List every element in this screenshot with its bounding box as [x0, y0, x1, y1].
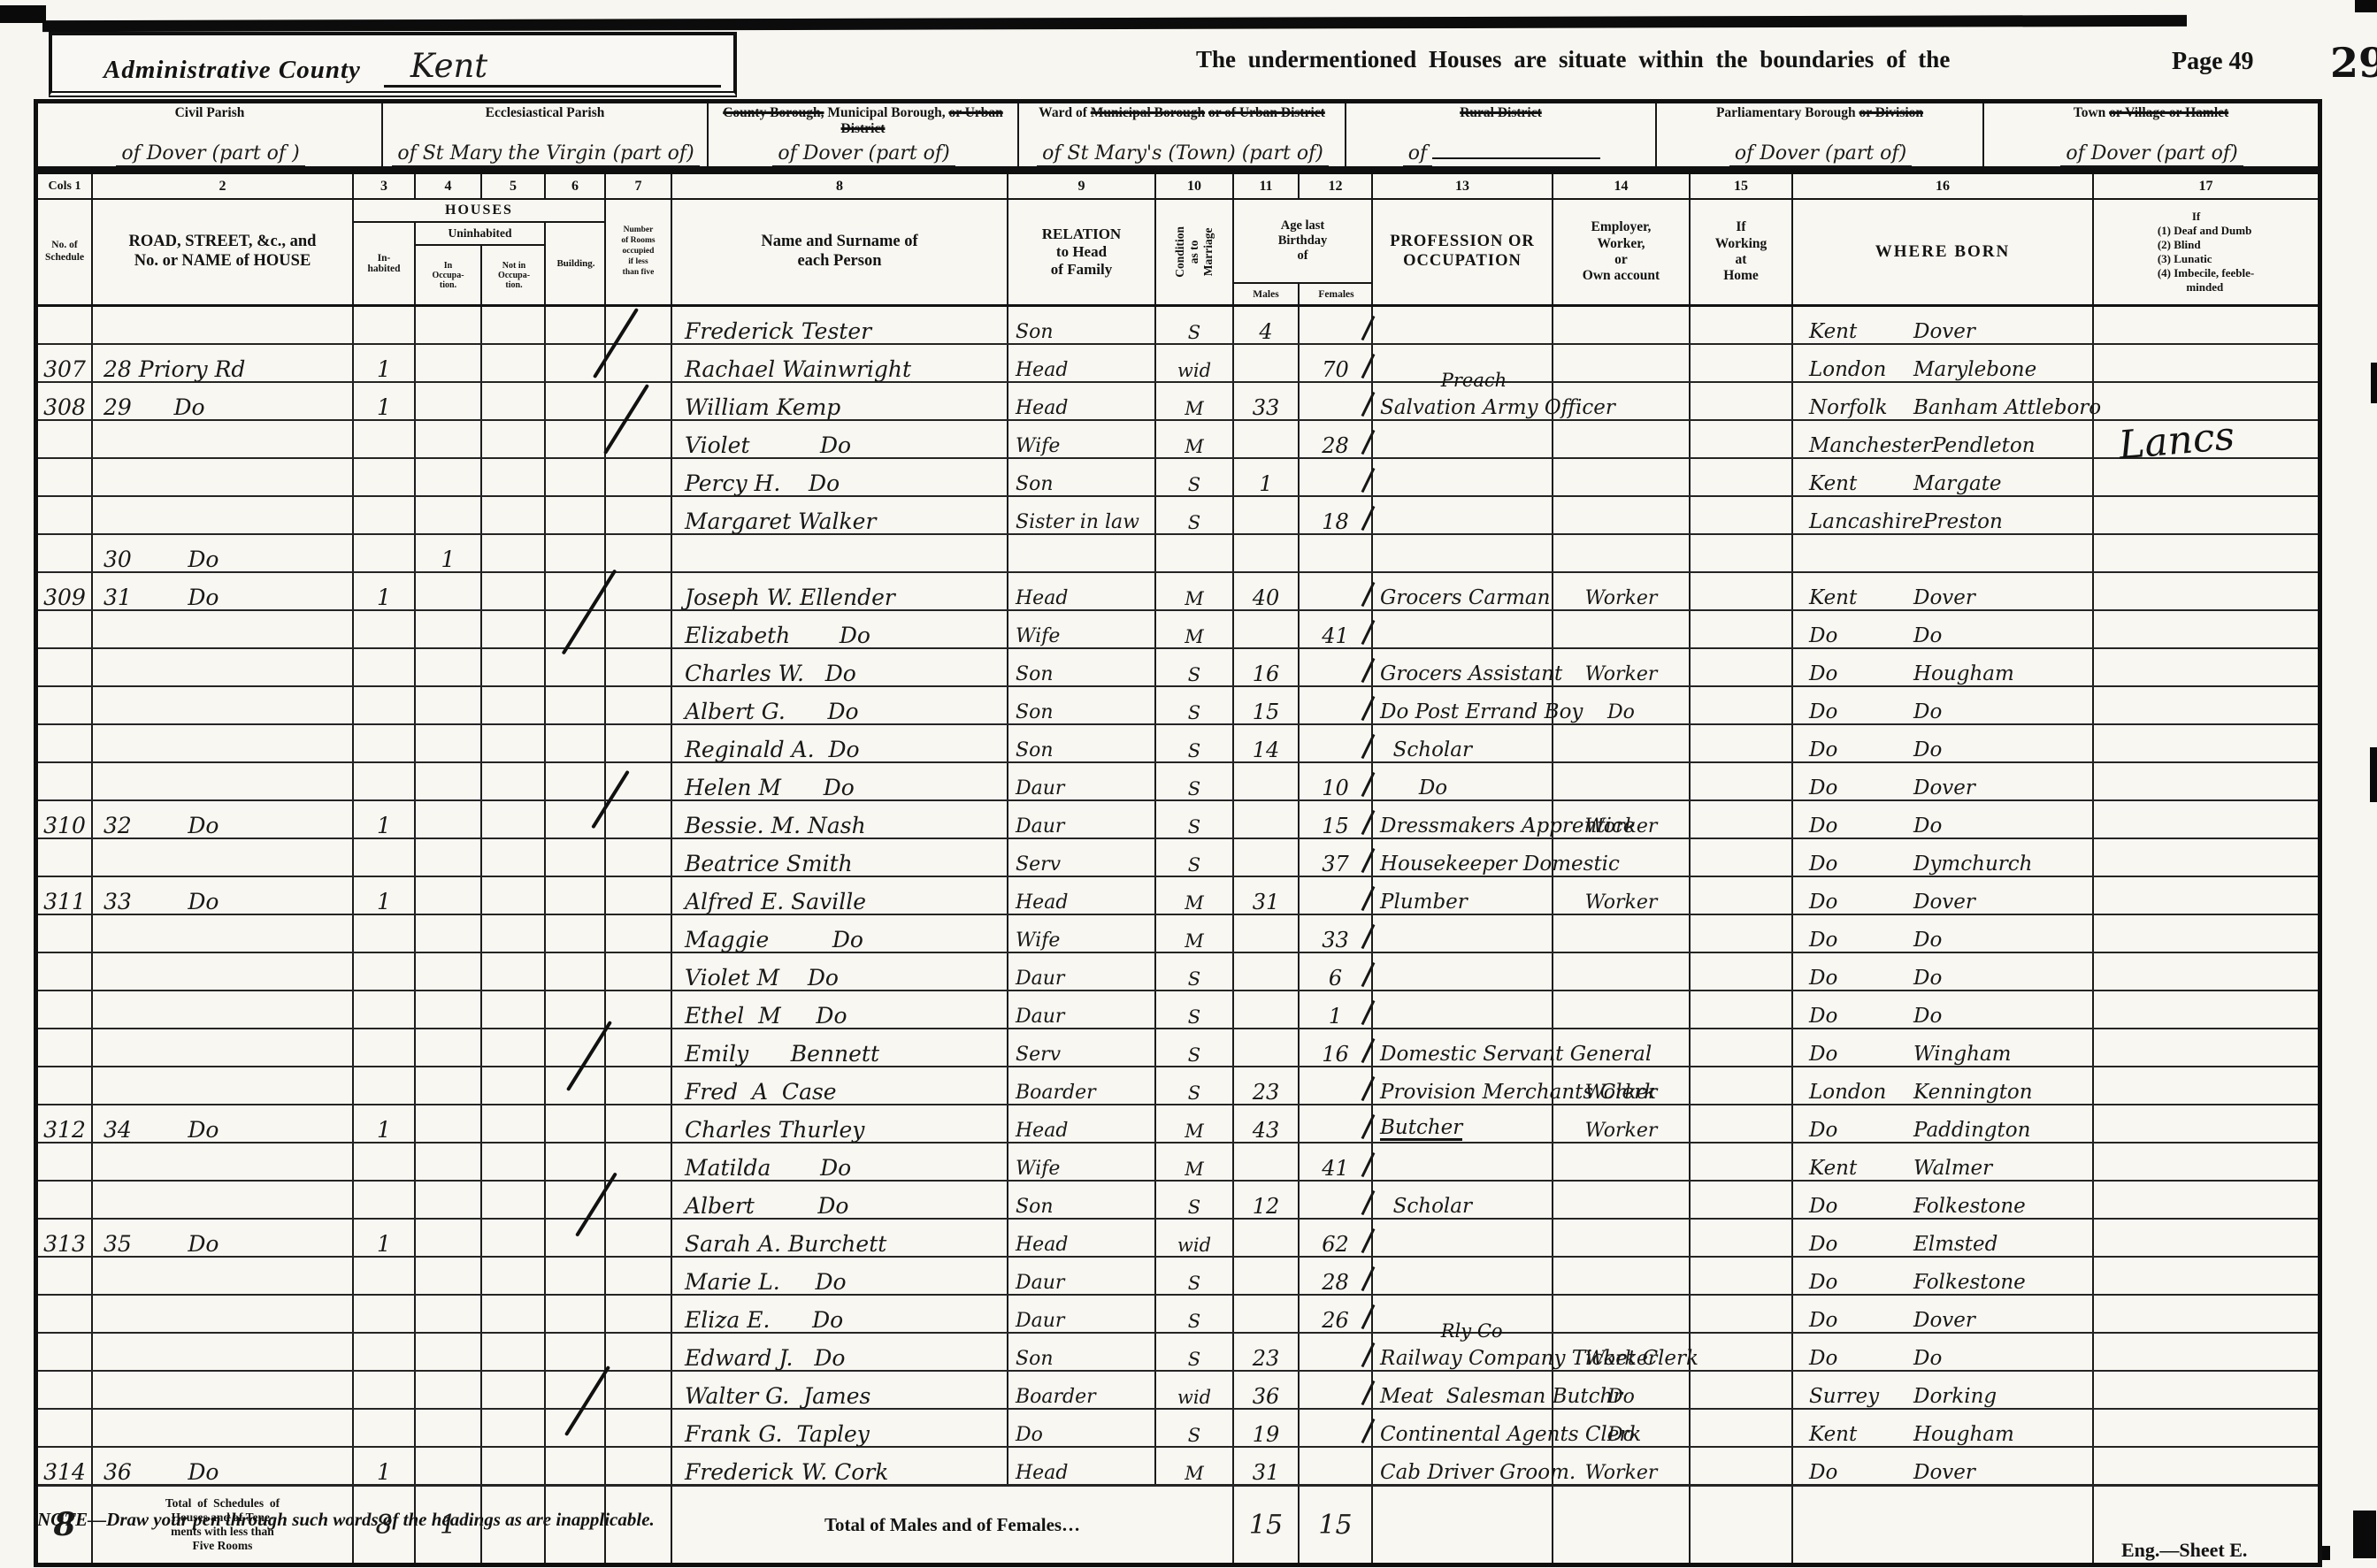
condition-cell: M: [1156, 877, 1234, 914]
relation-cell: Wife: [1008, 611, 1156, 647]
working-at-home-cell: [1691, 915, 1793, 952]
person-name-cell: William Kemp: [672, 383, 1008, 419]
relation-cell: Wife: [1008, 421, 1156, 457]
table-row: 309 31 Do 1 Joseph W. Ellender Head M 40…: [38, 573, 2318, 611]
not-in-occupation-cell: [482, 839, 546, 876]
column-header-row: No. of Schedule ROAD, STREET, &c., and N…: [38, 200, 2318, 307]
condition-value: M: [1185, 1465, 1204, 1483]
condition-cell: S: [1156, 763, 1234, 799]
relation-cell: Son: [1008, 687, 1156, 723]
occupation-value: Do: [1380, 779, 1447, 799]
rooms-cell: [606, 535, 672, 571]
occupation-note: Preach: [1441, 370, 1507, 391]
person-name-cell: Elizabeth Do: [672, 611, 1008, 647]
district-value: of Dover (part of): [1988, 142, 2316, 164]
condition-cell: M: [1156, 1105, 1234, 1142]
employer-worker-value: Worker: [1585, 590, 1658, 608]
occupation-cell: Butcher: [1373, 1105, 1553, 1142]
condition-cell: S: [1156, 1029, 1234, 1066]
scan-artifact: [2371, 363, 2377, 403]
occupation-cell: [1373, 1220, 1553, 1256]
rooms-cell: [606, 1220, 672, 1256]
rooms-cell: [606, 611, 672, 647]
header-road: ROAD, STREET, &c., and No. or NAME of HO…: [93, 200, 354, 304]
born-county: Do: [1809, 1235, 1913, 1255]
relation-cell: [1008, 535, 1156, 571]
not-in-occupation-cell: [482, 573, 546, 609]
table-row: Albert Do Son S 12 Scholar DoFolkestone: [38, 1182, 2318, 1220]
rooms-cell: [606, 1029, 672, 1066]
inhabited-cell: [354, 307, 416, 343]
infirmity-cell: [2094, 1296, 2318, 1332]
condition-cell: S: [1156, 649, 1234, 685]
working-at-home-cell: [1691, 801, 1793, 838]
where-born-cell: KentHougham: [1793, 1410, 2094, 1446]
condition-cell: M: [1156, 573, 1234, 609]
occupation-cell: Provision Merchants Clerk: [1373, 1067, 1553, 1104]
age-male-cell: [1234, 497, 1300, 533]
person-name-cell: Albert Do: [672, 1182, 1008, 1218]
condition-value: S: [1188, 971, 1200, 989]
table-row: 313 35 Do 1 Sarah A. Burchett Head wid 6…: [38, 1220, 2318, 1258]
born-county: Do: [1809, 1121, 1913, 1141]
relation-value: Wife: [1016, 438, 1060, 456]
inhabited-value: 1: [377, 397, 391, 418]
age-male-cell: 4: [1234, 307, 1300, 343]
table-row: Charles W. Do Son S 16 Grocers Assistant…: [38, 649, 2318, 687]
relation-value: Son: [1016, 476, 1054, 494]
condition-cell: S: [1156, 839, 1234, 876]
schedule-number-cell: 307: [38, 345, 93, 381]
column-number: 3: [354, 174, 416, 198]
working-at-home-cell: [1691, 421, 1793, 457]
where-born-cell: DoDo: [1793, 687, 2094, 723]
schedule-number: 311: [43, 891, 86, 913]
schedule-number-cell: [38, 725, 93, 761]
where-born-cell: DoHougham: [1793, 649, 2094, 685]
condition-cell: M: [1156, 421, 1234, 457]
infirmity-cell: [2094, 801, 2318, 838]
where-born-cell: DoDymchurch: [1793, 839, 2094, 876]
relation-value: Head: [1016, 1122, 1068, 1141]
infirmity-cell: [2094, 1105, 2318, 1142]
column-number: 6: [546, 174, 606, 198]
building-cell: [546, 535, 606, 571]
road-cell: 33 Do: [93, 877, 354, 914]
employer-worker-cell: [1553, 839, 1691, 876]
building-cell: [546, 421, 606, 457]
employer-worker-cell: [1553, 763, 1691, 799]
road-cell: 30 Do: [93, 535, 354, 571]
age-female-value: 41: [1322, 1159, 1349, 1179]
infirmity-cell: [2094, 307, 2318, 343]
inhabited-cell: [354, 915, 416, 952]
header-not-in-occupation: Not in Occupa- tion.: [482, 246, 546, 304]
not-in-occupation-cell: [482, 1220, 546, 1256]
relation-value: Daur: [1016, 780, 1064, 799]
born-place: Hougham: [1913, 1423, 2014, 1446]
building-cell: [546, 725, 606, 761]
relation-cell: Son: [1008, 307, 1156, 343]
road-cell: [93, 1372, 354, 1408]
condition-value: S: [1188, 1275, 1200, 1293]
relation-cell: Do: [1008, 1410, 1156, 1446]
rooms-cell: [606, 991, 672, 1028]
employer-worker-cell: Worker: [1553, 1067, 1691, 1104]
born-place: Kennington: [1913, 1081, 2033, 1104]
age-female-cell: [1300, 1448, 1373, 1484]
table-row: Emily Bennett Serv S 16 Domestic Servant…: [38, 1029, 2318, 1067]
infirmity-cell: [2094, 915, 2318, 952]
inhabited-cell: 1: [354, 383, 416, 419]
road-value: 33 Do: [104, 891, 219, 913]
not-in-occupation-cell: [482, 725, 546, 761]
infirmity-cell: [2094, 1143, 2318, 1180]
employer-worker-cell: [1553, 611, 1691, 647]
where-born-cell: DoDover: [1793, 763, 2094, 799]
employer-worker-value: Worker: [1585, 818, 1658, 837]
totals-males-value: 15: [1249, 1510, 1283, 1541]
age-male-value: 43: [1253, 1121, 1280, 1141]
born-place: Margate: [1913, 472, 2002, 495]
column-number: 4: [416, 174, 482, 198]
header-schedule: No. of Schedule: [38, 200, 93, 304]
age-female-value: 6: [1329, 968, 1342, 989]
inhabited-cell: [354, 611, 416, 647]
relation-value: Son: [1016, 704, 1054, 723]
working-at-home-cell: [1691, 1372, 1793, 1408]
born-county: Do: [1809, 1045, 1913, 1065]
age-male-cell: 1: [1234, 459, 1300, 495]
not-in-occupation-cell: [482, 383, 546, 419]
employer-worker-cell: [1553, 953, 1691, 990]
schedule-number-cell: [38, 839, 93, 876]
age-male-cell: [1234, 611, 1300, 647]
district-value: of Dover (part of): [1660, 142, 1981, 164]
age-male-value: 19: [1253, 1425, 1280, 1445]
column-number: 5: [482, 174, 546, 198]
born-county: London: [1809, 361, 1913, 380]
road-value: 29 Do: [104, 397, 205, 418]
condition-cell: [1156, 535, 1234, 571]
road-cell: [93, 915, 354, 952]
occupation-value: Grocers Assistant: [1380, 665, 1562, 685]
schedule-number-cell: 313: [38, 1220, 93, 1256]
infirmity-cell: [2094, 1067, 2318, 1104]
table-row: Albert G. Do Son S 15 Do Post Errand Boy…: [38, 687, 2318, 725]
where-born-cell: DoFolkestone: [1793, 1258, 2094, 1294]
inhabited-cell: [354, 725, 416, 761]
uninhabited-in-occupation-cell: [416, 1105, 482, 1142]
condition-value: S: [1188, 1351, 1200, 1369]
occupation-cell: [1373, 611, 1553, 647]
person-name: Violet Do: [685, 435, 851, 456]
working-at-home-cell: [1691, 1029, 1793, 1066]
relation-cell: Daur: [1008, 1258, 1156, 1294]
born-place: Dover: [1913, 1309, 1975, 1332]
born-county: Do: [1809, 1274, 1913, 1293]
infirmity-cell: [2094, 725, 2318, 761]
born-place: Dover: [1913, 586, 1975, 609]
schedule-number-cell: [38, 1334, 93, 1370]
inhabited-cell: [354, 1334, 416, 1370]
header-building: Building.: [546, 223, 606, 304]
employer-worker-cell: Worker: [1553, 1448, 1691, 1484]
relation-value: Head: [1016, 1465, 1068, 1483]
where-born-cell: DoDo: [1793, 953, 2094, 990]
table-row: Marie L. Do Daur S 28 DoFolkestone: [38, 1258, 2318, 1296]
relation-value: Head: [1016, 590, 1068, 608]
district-title: Rural District: [1346, 105, 1655, 121]
inhabited-cell: [354, 763, 416, 799]
uninhabited-in-occupation-cell: [416, 1296, 482, 1332]
condition-value: wid: [1177, 1389, 1211, 1407]
uninhabited-in-occupation-cell: [416, 839, 482, 876]
building-cell: [546, 1258, 606, 1294]
person-name-cell: Emily Bennett: [672, 1029, 1008, 1066]
person-name: Beatrice Smith: [685, 853, 853, 875]
rooms-cell: [606, 459, 672, 495]
working-at-home-cell: [1691, 877, 1793, 914]
occupation-note: Rly Co: [1441, 1320, 1503, 1342]
condition-cell: M: [1156, 915, 1234, 952]
building-cell: [546, 1143, 606, 1180]
person-name-cell: Frederick W. Cork: [672, 1448, 1008, 1484]
person-name-cell: Frederick Tester: [672, 307, 1008, 343]
relation-cell: Wife: [1008, 1143, 1156, 1180]
age-male-value: 31: [1253, 892, 1280, 913]
age-female-value: 62: [1322, 1235, 1349, 1255]
not-in-occupation-cell: [482, 687, 546, 723]
age-female-value: 15: [1322, 816, 1349, 837]
not-in-occupation-cell: [482, 915, 546, 952]
person-name-cell: Charles Thurley: [672, 1105, 1008, 1142]
born-county: Surrey: [1809, 1388, 1913, 1407]
employer-worker-cell: [1553, 1143, 1691, 1180]
person-name: Joseph W. Ellender: [685, 587, 895, 608]
uninhabited-in-occupation-cell: [416, 1334, 482, 1370]
where-born-cell: DoDo: [1793, 915, 2094, 952]
where-born-cell: DoDover: [1793, 1448, 2094, 1484]
occupation-cell: [1373, 307, 1553, 343]
born-place: Elmsted: [1913, 1233, 1997, 1256]
where-born-cell: LondonMarylebone: [1793, 345, 2094, 381]
rooms-cell: [606, 1334, 672, 1370]
born-place: Folkestone: [1913, 1271, 2026, 1294]
employer-worker-cell: [1553, 421, 1691, 457]
schedule-number-cell: [38, 763, 93, 799]
relation-value: Head: [1016, 400, 1068, 418]
infirmity-cell: Lancs: [2094, 421, 2318, 457]
person-name: Rachael Wainwright: [685, 359, 911, 380]
rooms-cell: [606, 1372, 672, 1408]
road-cell: 31 Do: [93, 573, 354, 609]
born-county: Do: [1809, 1464, 1913, 1483]
rooms-cell: [606, 345, 672, 381]
not-in-occupation-cell: [482, 1410, 546, 1446]
employer-worker-cell: Do: [1553, 687, 1691, 723]
district-cell: Ward of Municipal Borough or of Urban Di…: [1019, 103, 1346, 166]
born-county: Kent: [1809, 1426, 1913, 1445]
relation-cell: Head: [1008, 345, 1156, 381]
road-value: 30 Do: [104, 549, 219, 570]
working-at-home-cell: [1691, 573, 1793, 609]
infirmity-cell: [2094, 763, 2318, 799]
inhabited-cell: 1: [354, 1448, 416, 1484]
uninhabited-in-occupation-cell: [416, 345, 482, 381]
header-rooms: Number of Rooms occupied if less than fi…: [606, 200, 672, 304]
district-cell: Civil Parishof Dover (part of ): [38, 103, 383, 166]
age-female-value: 16: [1322, 1044, 1349, 1065]
person-name: Helen M Do: [685, 777, 855, 799]
building-cell: [546, 649, 606, 685]
person-name: William Kemp: [685, 397, 840, 418]
relation-cell: Boarder: [1008, 1372, 1156, 1408]
born-place: Do: [1913, 967, 1942, 990]
rooms-cell: [606, 953, 672, 990]
inhabited-cell: 1: [354, 573, 416, 609]
rooms-cell: [606, 649, 672, 685]
working-at-home-cell: [1691, 1143, 1793, 1180]
schedule-number-cell: [38, 1182, 93, 1218]
working-at-home-cell: [1691, 459, 1793, 495]
rooms-cell: [606, 573, 672, 609]
page-number: Page 49: [2172, 48, 2254, 76]
age-female-value: 1: [1329, 1006, 1342, 1027]
age-male-value: 1: [1259, 474, 1272, 494]
person-name: Sarah A. Burchett: [685, 1234, 886, 1255]
relation-cell: Wife: [1008, 915, 1156, 952]
road-cell: [93, 1296, 354, 1332]
age-male-cell: [1234, 1029, 1300, 1066]
working-at-home-cell: [1691, 1220, 1793, 1256]
column-number: 8: [672, 174, 1008, 198]
born-county: Do: [1809, 1007, 1913, 1027]
employer-worker-cell: [1553, 383, 1691, 419]
not-in-occupation-cell: [482, 421, 546, 457]
relation-cell: Serv: [1008, 839, 1156, 876]
header-houses-group: HOUSES In- habited Uninhabited In Occupa…: [354, 200, 606, 304]
working-at-home-cell: [1691, 1067, 1793, 1104]
building-cell: [546, 1372, 606, 1408]
header-relation: RELATION to Head of Family: [1008, 200, 1156, 304]
age-male-cell: [1234, 421, 1300, 457]
schedule-number-cell: [38, 915, 93, 952]
age-male-cell: 23: [1234, 1334, 1300, 1370]
road-cell: [93, 1334, 354, 1370]
road-cell: [93, 307, 354, 343]
person-name: Charles W. Do: [685, 663, 856, 685]
employer-worker-value: Worker: [1585, 1465, 1658, 1483]
not-in-occupation-cell: [482, 1029, 546, 1066]
working-at-home-cell: [1691, 763, 1793, 799]
person-name: Alfred E. Saville: [685, 891, 866, 913]
building-cell: [546, 915, 606, 952]
born-place: Pendleton: [1932, 434, 2035, 457]
born-place: Paddington: [1913, 1119, 2030, 1142]
where-born-cell: DoDo: [1793, 611, 2094, 647]
condition-value: wid: [1177, 363, 1211, 380]
condition-cell: S: [1156, 725, 1234, 761]
employer-worker-cell: Do: [1553, 1410, 1691, 1446]
inhabited-value: 1: [377, 359, 391, 380]
rooms-cell: [606, 687, 672, 723]
footer-note: NOTE—Draw your pen through such words of…: [37, 1509, 655, 1531]
where-born-cell: DoDover: [1793, 877, 2094, 914]
where-born-cell: DoDo: [1793, 801, 2094, 838]
uninhabited-in-occupation-cell: [416, 611, 482, 647]
age-male-cell: [1234, 953, 1300, 990]
schedule-number-cell: 311: [38, 877, 93, 914]
person-name-cell: Eliza E. Do: [672, 1296, 1008, 1332]
born-county: Do: [1809, 703, 1913, 723]
age-male-cell: [1234, 915, 1300, 952]
table-row: Frank G. Tapley Do S 19 Continental Agen…: [38, 1410, 2318, 1448]
administrative-county-label: Administrative County: [104, 56, 361, 88]
employer-worker-value: Worker: [1585, 1122, 1658, 1141]
condition-value: S: [1188, 1047, 1200, 1065]
district-title: Civil Parish: [38, 105, 381, 121]
relation-value: Sister in law: [1016, 514, 1139, 532]
employer-worker-value: Worker: [1585, 894, 1658, 913]
relation-value: Wife: [1016, 932, 1060, 951]
schedule-number-cell: [38, 1372, 93, 1408]
road-value: 34 Do: [104, 1120, 219, 1141]
working-at-home-cell: [1691, 1258, 1793, 1294]
inhabited-value: 1: [377, 1120, 391, 1141]
table-row: Reginald A. Do Son S 14 Scholar DoDo: [38, 725, 2318, 763]
occupation-cell: Scholar: [1373, 1182, 1553, 1218]
occupation-cell: [1373, 1143, 1553, 1180]
born-place: Dover: [1913, 776, 1975, 799]
born-county: Kent: [1809, 323, 1913, 342]
infirmity-cell: [2094, 383, 2318, 419]
road-cell: [93, 687, 354, 723]
where-born-cell: DoElmsted: [1793, 1220, 2094, 1256]
born-county: Kent: [1809, 589, 1913, 608]
road-cell: [93, 497, 354, 533]
relation-cell: Serv: [1008, 1029, 1156, 1066]
condition-cell: S: [1156, 459, 1234, 495]
not-in-occupation-cell: [482, 1372, 546, 1408]
header-profession: PROFESSION OR OCCUPATION: [1373, 200, 1553, 304]
person-name-cell: Beatrice Smith: [672, 839, 1008, 876]
rooms-cell: [606, 1182, 672, 1218]
sheet-heading: The undermentioned Houses are situate wi…: [1196, 46, 2169, 73]
rooms-cell: [606, 497, 672, 533]
condition-cell: wid: [1156, 1372, 1234, 1408]
born-place: Do: [1913, 929, 1942, 952]
road-cell: [93, 1067, 354, 1104]
schedule-number-cell: [38, 1143, 93, 1180]
header-in-occupation: In Occupa- tion.: [416, 246, 482, 304]
infirmity-cell: [2094, 687, 2318, 723]
uninhabited-in-occupation-cell: [416, 801, 482, 838]
where-born-cell: KentWalmer: [1793, 1143, 2094, 1180]
uninhabited-in-occupation-cell: [416, 459, 482, 495]
age-female-value: 28: [1322, 436, 1349, 456]
building-cell: [546, 687, 606, 723]
age-male-cell: 23: [1234, 1067, 1300, 1104]
table-row: Helen M Do Daur S 10 Do DoDover: [38, 763, 2318, 801]
relation-cell: Son: [1008, 725, 1156, 761]
column-number: 15: [1691, 174, 1793, 198]
occupation-cell: [1373, 497, 1553, 533]
road-cell: [93, 1182, 354, 1218]
header-employer: Employer, Worker, or Own account: [1553, 200, 1691, 304]
employer-worker-cell: [1553, 725, 1691, 761]
condition-value: S: [1188, 667, 1200, 685]
